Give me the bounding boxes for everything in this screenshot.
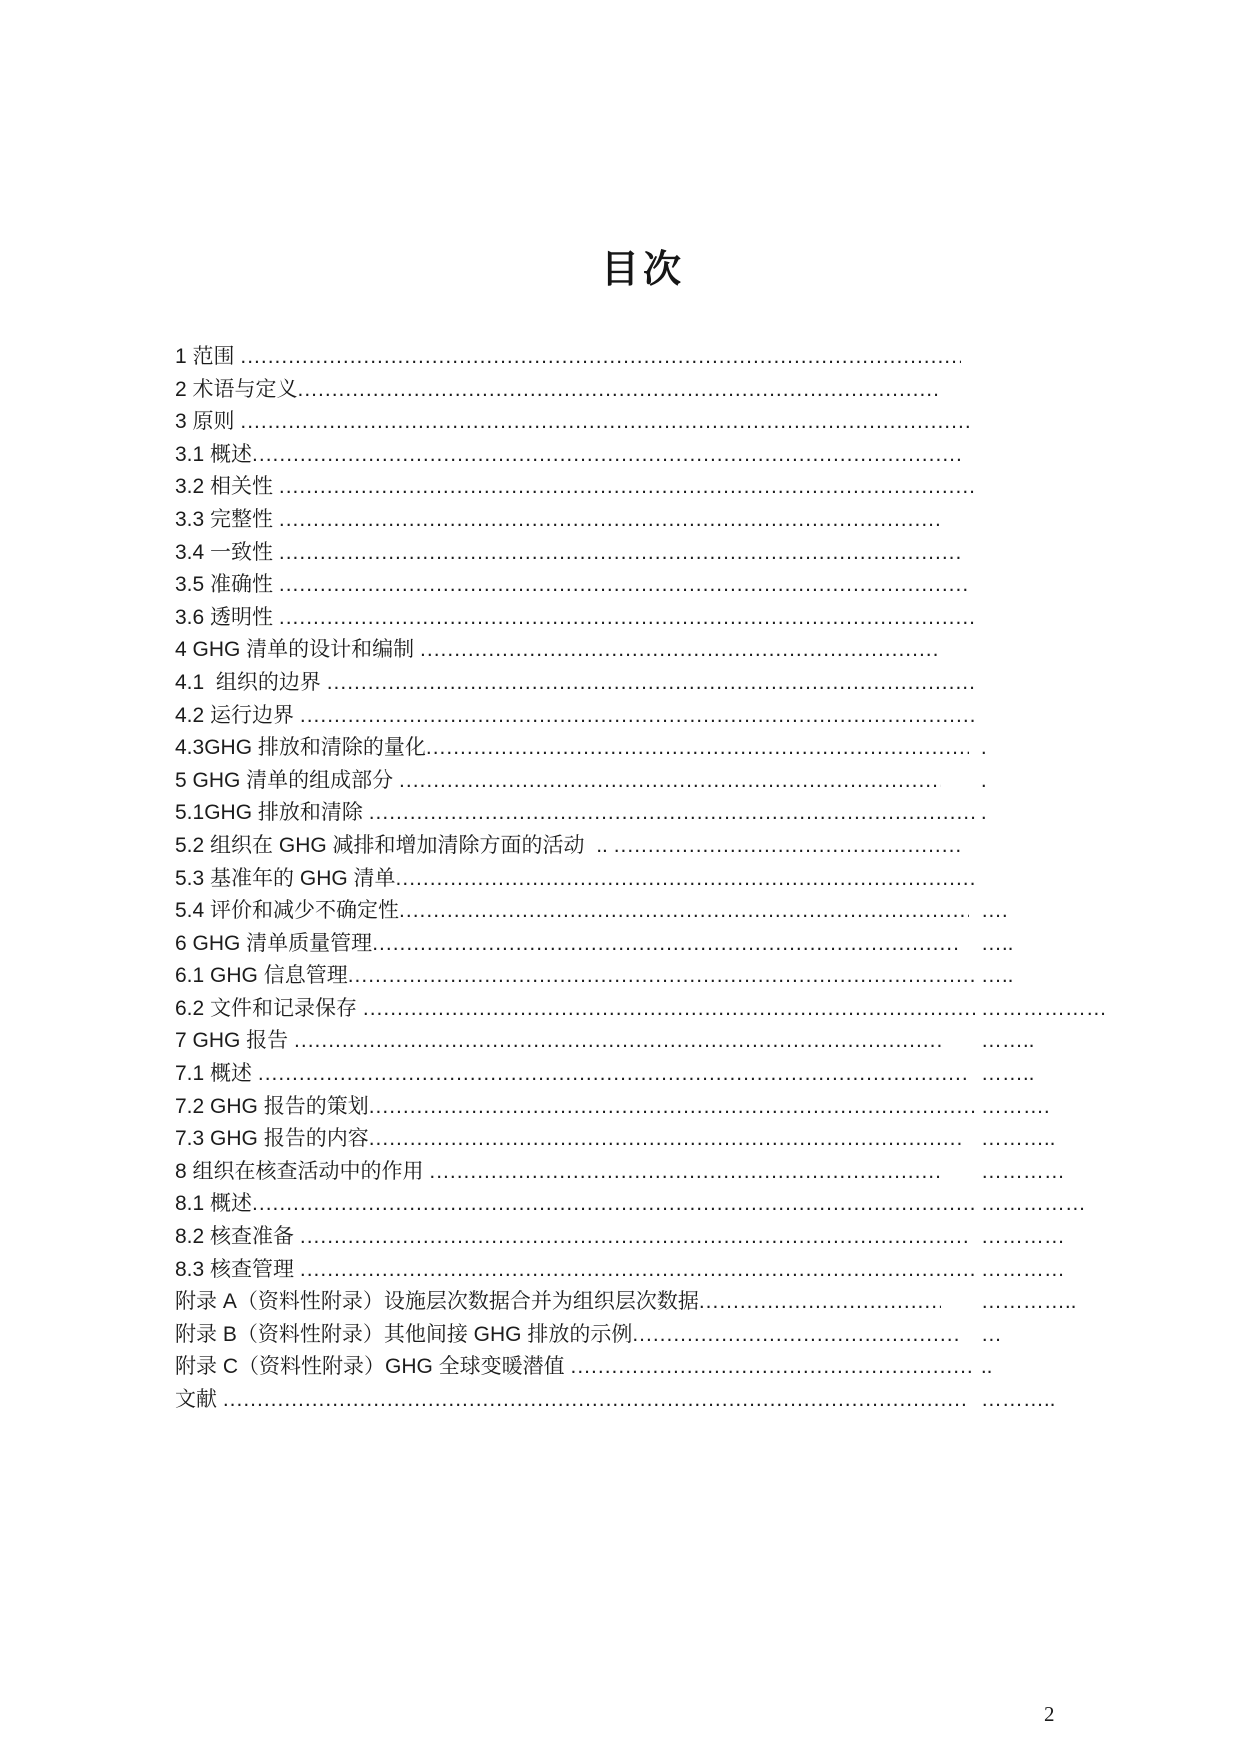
toc-entry: 文献 .....................................… (175, 1384, 975, 1417)
toc-entry-suffix: .. (975, 1351, 993, 1384)
toc-entry-suffix: ………… (975, 1156, 1065, 1189)
toc-dot-leader: ........................................… (429, 1156, 941, 1189)
toc-entry: 6.1 GHG 信息管理 ...........................… (175, 960, 975, 993)
toc-entry: 3.4 一致性 ................................… (175, 537, 975, 570)
toc-dot-leader: ........................................… (279, 569, 969, 602)
toc-entry-label: 7.2 GHG 报告的策划 (175, 1091, 369, 1124)
toc-entry-label: 附录 C（资料性附录）GHG 全球变暖潜值 (175, 1351, 571, 1384)
toc-entry: 4.1 组织的边界 ..............................… (175, 667, 975, 700)
toc-entry-label: 3 原则 (175, 406, 240, 439)
toc-dot-leader: ........................................… (300, 1254, 975, 1287)
toc-dot-leader: ........................................… (571, 1351, 975, 1384)
toc-dot-leader: ........................................… (348, 960, 975, 993)
toc-entry-label: 7.1 概述 (175, 1058, 258, 1091)
toc-entry-suffix: ……….. (975, 1123, 1056, 1156)
toc-entry-label: 2 术语与定义 (175, 374, 298, 407)
toc-dot-leader: ........................................… (279, 602, 975, 635)
toc-dot-leader: ........................................… (699, 1286, 941, 1319)
toc-dot-leader: ........................................… (240, 341, 961, 374)
toc-entry: 3.3 完整性 ................................… (175, 504, 975, 537)
toc-entry-suffix: ……………… (975, 993, 1107, 1026)
toc: 1 范围 ...................................… (175, 341, 975, 1417)
toc-entry-label: 6.1 GHG 信息管理 (175, 960, 348, 993)
toc-entry-label: 7.3 GHG 报告的内容 (175, 1123, 369, 1156)
toc-entry-suffix: . (975, 797, 987, 830)
toc-entry: 3.5 准确性 ................................… (175, 569, 975, 602)
toc-entry: 8.1 概述 .................................… (175, 1188, 975, 1221)
toc-dot-leader: ........................................… (252, 1188, 975, 1221)
toc-dot-leader: ........................................… (279, 537, 961, 570)
toc-entry-label: 4.3GHG 排放和清除的量化 (175, 732, 426, 765)
toc-entry-label: 7 GHG 报告 (175, 1025, 294, 1058)
toc-entry-label: 3.1 概述 (175, 439, 252, 472)
toc-entry: 7.2 GHG 报告的策划 ..........................… (175, 1091, 975, 1124)
toc-entry-label: 8.2 核查准备 (175, 1221, 300, 1254)
toc-dot-leader: ........................................… (258, 1058, 969, 1091)
toc-dot-leader: ........................................… (614, 830, 961, 863)
toc-dot-leader: ........................................… (327, 667, 975, 700)
toc-entry-suffix: . (975, 732, 987, 765)
toc-entry: 6.2 文件和记录保存 ............................… (175, 993, 975, 1026)
toc-entry-label: 附录 A（资料性附录）设施层次数据合并为组织层次数据 (175, 1286, 699, 1319)
toc-entry: 附录 C（资料性附录）GHG 全球变暖潜值 ..................… (175, 1351, 975, 1384)
toc-entry: 7.1 概述 .................................… (175, 1058, 975, 1091)
toc-entry: 2 术语与定义 ................................… (175, 374, 975, 407)
toc-entry-suffix: … (975, 1319, 1002, 1352)
toc-dot-leader: ........................................… (300, 1221, 969, 1254)
toc-entry: 6 GHG 清单质量管理 ...........................… (175, 928, 975, 961)
toc-dot-leader: ........................................… (279, 504, 941, 537)
toc-entry: 8.3 核查管理 ...............................… (175, 1254, 975, 1287)
toc-dot-leader: ........................................… (426, 732, 969, 765)
toc-entry-label: 8.1 概述 (175, 1188, 252, 1221)
toc-entry: 5.1GHG 排放和清除 ...........................… (175, 797, 975, 830)
page-title: 目次 (0, 248, 1240, 292)
toc-entry-label: 6 GHG 清单质量管理 (175, 928, 372, 961)
toc-dot-leader: ........................................… (369, 797, 975, 830)
toc-entry: 4.2 运行边界 ...............................… (175, 700, 975, 733)
toc-entry-suffix: ….. (975, 928, 1014, 961)
toc-entry-label: 4.1 组织的边界 (175, 667, 327, 700)
toc-entry-label: 1 范围 (175, 341, 240, 374)
toc-entry: 5.4 评价和减少不确定性 ..........................… (175, 895, 975, 928)
toc-entry-label: 5 GHG 清单的组成部分 (175, 765, 399, 798)
toc-dot-leader: ........................................… (279, 471, 975, 504)
toc-entry: 4 GHG 清单的设计和编制 .........................… (175, 634, 975, 667)
toc-entry-label: 3.2 相关性 (175, 471, 279, 504)
toc-page: 目次 1 范围 ................................… (0, 0, 1240, 1755)
toc-entry: 3.2 相关性 ................................… (175, 471, 975, 504)
toc-entry-suffix: ………. (975, 1091, 1050, 1124)
toc-dot-leader: ........................................… (300, 700, 975, 733)
toc-dot-leader: ........................................… (294, 1025, 941, 1058)
toc-entry-label: 附录 B（资料性附录）其他间接 GHG 排放的示例 (175, 1319, 632, 1352)
toc-dot-leader: ........................................… (396, 863, 975, 896)
toc-entry-label: 4 GHG 清单的设计和编制 (175, 634, 420, 667)
toc-dot-leader: ........................................… (252, 439, 961, 472)
toc-entry-label: 5.2 组织在 GHG 减排和增加清除方面的活动 .. (175, 830, 614, 863)
toc-entry: 3 原则 ...................................… (175, 406, 975, 439)
toc-entry: 3.1 概述 .................................… (175, 439, 975, 472)
toc-entry-label: 3.5 准确性 (175, 569, 279, 602)
toc-entry-label: 4.2 运行边界 (175, 700, 300, 733)
toc-dot-leader: ........................................… (298, 374, 941, 407)
toc-entry: 8.2 核查准备 ...............................… (175, 1221, 975, 1254)
toc-entry: 4.3GHG 排放和清除的量化 ........................… (175, 732, 975, 765)
toc-entry-suffix: . (975, 765, 987, 798)
toc-dot-leader: ........................................… (632, 1319, 961, 1352)
toc-entry-suffix: ………… (975, 1254, 1065, 1287)
toc-entry-label: 文献 (175, 1384, 223, 1417)
toc-dot-leader: ........................................… (420, 634, 941, 667)
toc-dot-leader: ........................................… (363, 993, 975, 1026)
toc-entry: 附录 A（资料性附录）设施层次数据合并为组织层次数据 .............… (175, 1286, 975, 1319)
toc-entry-suffix: …. (975, 895, 1008, 928)
toc-entry: 5 GHG 清单的组成部分 ..........................… (175, 765, 975, 798)
toc-entry-suffix: ………… (975, 1221, 1065, 1254)
toc-dot-leader: ........................................… (399, 765, 941, 798)
toc-entry-suffix: …………… (975, 1188, 1086, 1221)
toc-entry-suffix: ….. (975, 960, 1014, 993)
toc-entry-label: 8 组织在核查活动中的作用 (175, 1156, 429, 1189)
toc-entry: 7.3 GHG 报告的内容 ..........................… (175, 1123, 975, 1156)
toc-entry-label: 5.3 基准年的 GHG 清单 (175, 863, 396, 896)
toc-entry: 8 组织在核查活动中的作用 ..........................… (175, 1156, 975, 1189)
toc-dot-leader: ........................................… (369, 1091, 975, 1124)
toc-entry-label: 8.3 核查管理 (175, 1254, 300, 1287)
toc-entry: 附录 B（资料性附录）其他间接 GHG 排放的示例 ..............… (175, 1319, 975, 1352)
page-number: 2 (1044, 1701, 1055, 1727)
toc-entry-suffix: ……….. (975, 1384, 1056, 1417)
toc-entry-suffix: …….. (975, 1058, 1035, 1091)
toc-dot-leader: ........................................… (372, 928, 961, 961)
toc-entry: 7 GHG 报告 ...............................… (175, 1025, 975, 1058)
toc-entry-label: 5.1GHG 排放和清除 (175, 797, 369, 830)
toc-entry-label: 6.2 文件和记录保存 (175, 993, 363, 1026)
toc-entry-label: 3.3 完整性 (175, 504, 279, 537)
toc-dot-leader: ........................................… (223, 1384, 969, 1417)
toc-entry: 3.6 透明性 ................................… (175, 602, 975, 635)
toc-entry-label: 3.4 一致性 (175, 537, 279, 570)
toc-entry: 5.2 组织在 GHG 减排和增加清除方面的活动 .. ............… (175, 830, 975, 863)
toc-entry-label: 3.6 透明性 (175, 602, 279, 635)
toc-entry: 5.3 基准年的 GHG 清单 ........................… (175, 863, 975, 896)
toc-dot-leader: ........................................… (399, 895, 969, 928)
toc-entry-suffix: ………….. (975, 1286, 1077, 1319)
toc-dot-leader: ........................................… (369, 1123, 961, 1156)
toc-dot-leader: ........................................… (240, 406, 969, 439)
toc-entry: 1 范围 ...................................… (175, 341, 975, 374)
toc-entry-suffix: …….. (975, 1025, 1035, 1058)
toc-entry-label: 5.4 评价和减少不确定性 (175, 895, 399, 928)
